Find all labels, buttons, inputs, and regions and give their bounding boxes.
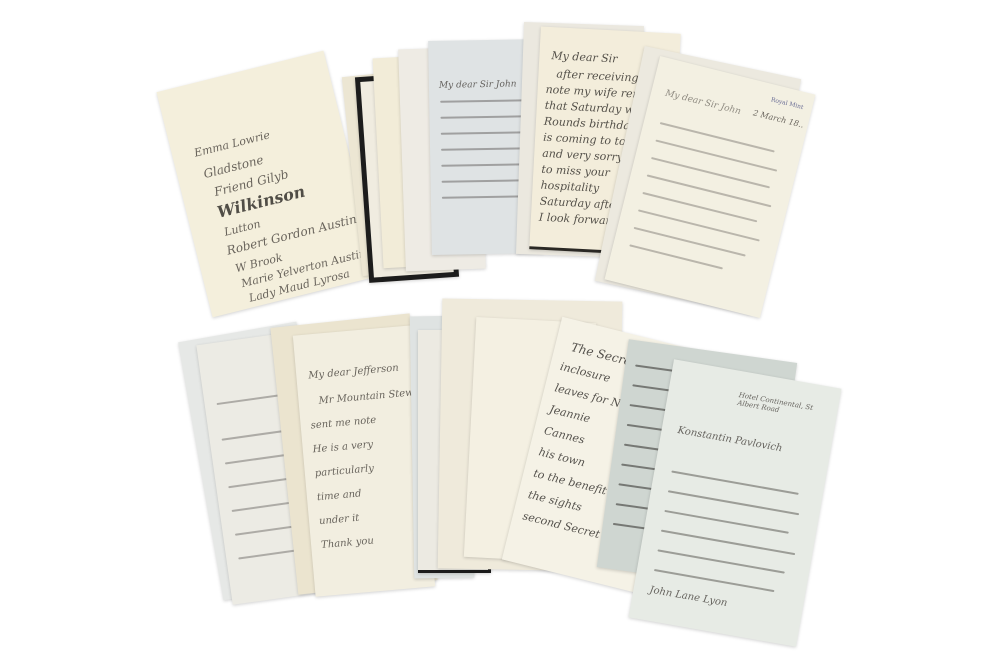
letter-line: Jeannie [548,403,592,426]
date: 2 March 18.. [752,108,804,129]
letter-line: his town [537,445,586,469]
letter-line: inclosure [559,360,612,385]
letter-line: Rounds birthday [544,115,637,133]
letter-line: the sights [527,488,583,514]
letter-line: Thank you [321,535,375,551]
salutation: My dear Sir John [439,79,517,90]
letter-line: sent me note [310,415,376,432]
letter-line: to miss your [541,163,610,180]
address: Hotel Continental, St Albert Road [737,391,828,422]
letter-line: second Secret [521,509,601,541]
salutation: My dear Jefferson [308,363,399,382]
letter-line: and very sorry [542,147,623,164]
letter-line: particularly [314,463,374,479]
salutation: My dear Sir John [664,89,742,117]
signature-line: Robert Gordon Austin [225,212,358,258]
letter-line: He is a very [312,439,373,455]
letter-line: hospitality [540,179,599,195]
letterhead: Royal Mint [770,96,804,111]
letter-line: under it [319,513,360,527]
signature: John Lane Lyon [649,585,729,610]
letter-line: Cannes [543,424,586,447]
salutation: My dear Sir [551,49,618,65]
salutation: Konstantin Pavlovich [677,425,783,454]
letter-line: time and [317,488,362,503]
